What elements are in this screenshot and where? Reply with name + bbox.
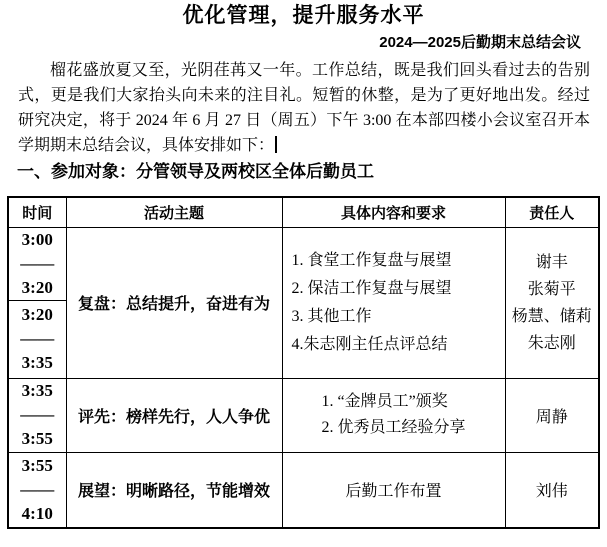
content-list: 1. “金牌员工”颁奖 2. 优秀员工经验分享 bbox=[321, 389, 465, 441]
time-end: 3:35 bbox=[9, 351, 66, 375]
time-cell-2[interactable]: 3:20 —— 3:35 bbox=[8, 300, 66, 378]
header-cell-theme[interactable]: 活动主题 bbox=[66, 197, 282, 227]
content-cell-award[interactable]: 1. “金牌员工”颁奖 2. 优秀员工经验分享 bbox=[282, 378, 505, 452]
time-dash: —— bbox=[9, 478, 66, 502]
content-item: 2. 优秀员工经验分享 bbox=[321, 415, 465, 441]
time-dash: —— bbox=[9, 327, 66, 351]
person-name: 朱志刚 bbox=[506, 330, 599, 357]
time-cell-4[interactable]: 3:55 —— 4:10 bbox=[8, 452, 66, 528]
header-cell-time[interactable]: 时间 bbox=[8, 197, 66, 227]
time-end: 4:10 bbox=[9, 502, 66, 526]
time-start: 3:55 bbox=[9, 454, 66, 478]
time-end: 3:20 bbox=[9, 276, 66, 300]
theme-cell-award[interactable]: 评先：榜样先行，人人争优 bbox=[66, 378, 282, 452]
person-cell-award[interactable]: 周静 bbox=[505, 378, 599, 452]
agenda-table: 时间 活动主题 具体内容和要求 责任人 3:00 —— 3:20 复盘：总结提升… bbox=[7, 196, 600, 529]
person-cell-outlook[interactable]: 刘伟 bbox=[505, 452, 599, 528]
time-cell-3[interactable]: 3:35 —— 3:55 bbox=[8, 378, 66, 452]
content-item: 4.朱志刚主任点评总结 bbox=[292, 331, 505, 359]
document-subtitle[interactable]: 2024—2025后勤期末总结会议 bbox=[0, 33, 607, 53]
person-name: 杨慧、储莉 bbox=[506, 303, 599, 330]
theme-cell-outlook[interactable]: 展望：明晰路径，节能增效 bbox=[66, 452, 282, 528]
time-start: 3:35 bbox=[9, 379, 66, 403]
intro-paragraph[interactable]: 榴花盛放夏又至，光阴荏苒又一年。工作总结，既是我们回头看过去的告别式，更是我们大… bbox=[18, 58, 590, 158]
person-name: 谢丰 bbox=[506, 249, 599, 276]
content-item: 3. 其他工作 bbox=[292, 303, 505, 331]
content-cell-outlook[interactable]: 后勤工作布置 bbox=[282, 452, 505, 528]
document-page: 优化管理，提升服务水平 2024—2025后勤期末总结会议 榴花盛放夏又至，光阴… bbox=[0, 2, 607, 547]
time-start: 3:20 bbox=[9, 303, 66, 327]
table-row: 3:00 —— 3:20 复盘：总结提升，奋进有为 1. 食堂工作复盘与展望 2… bbox=[8, 227, 599, 300]
person-name: 张菊平 bbox=[506, 276, 599, 303]
text-cursor-caret bbox=[275, 136, 277, 153]
time-dash: —— bbox=[9, 252, 66, 276]
content-item: 2. 保洁工作复盘与展望 bbox=[292, 275, 505, 303]
time-start: 3:00 bbox=[9, 228, 66, 252]
header-cell-person[interactable]: 责任人 bbox=[505, 197, 599, 227]
content-item: 1. “金牌员工”颁奖 bbox=[321, 389, 465, 415]
content-cell-review[interactable]: 1. 食堂工作复盘与展望 2. 保洁工作复盘与展望 3. 其他工作 4.朱志刚主… bbox=[282, 227, 505, 378]
document-title[interactable]: 优化管理，提升服务水平 bbox=[0, 2, 607, 30]
person-cell-review[interactable]: 谢丰 张菊平 杨慧、储莉 朱志刚 bbox=[505, 227, 599, 378]
table-row: 3:55 —— 4:10 展望：明晰路径，节能增效 后勤工作布置 刘伟 bbox=[8, 452, 599, 528]
intro-text[interactable]: 榴花盛放夏又至，光阴荏苒又一年。工作总结，既是我们回头看过去的告别式，更是我们大… bbox=[18, 62, 590, 154]
theme-cell-review[interactable]: 复盘：总结提升，奋进有为 bbox=[66, 227, 282, 378]
time-dash: —— bbox=[9, 403, 66, 427]
section-heading[interactable]: 一、参加对象：分管领导及两校区全体后勤员工 bbox=[17, 160, 607, 184]
header-cell-content[interactable]: 具体内容和要求 bbox=[282, 197, 505, 227]
table-row: 3:35 —— 3:55 评先：榜样先行，人人争优 1. “金牌员工”颁奖 2.… bbox=[8, 378, 599, 452]
content-item: 1. 食堂工作复盘与展望 bbox=[292, 247, 505, 275]
time-cell-1[interactable]: 3:00 —— 3:20 bbox=[8, 227, 66, 300]
table-header-row: 时间 活动主题 具体内容和要求 责任人 bbox=[8, 197, 599, 227]
time-end: 3:55 bbox=[9, 427, 66, 451]
